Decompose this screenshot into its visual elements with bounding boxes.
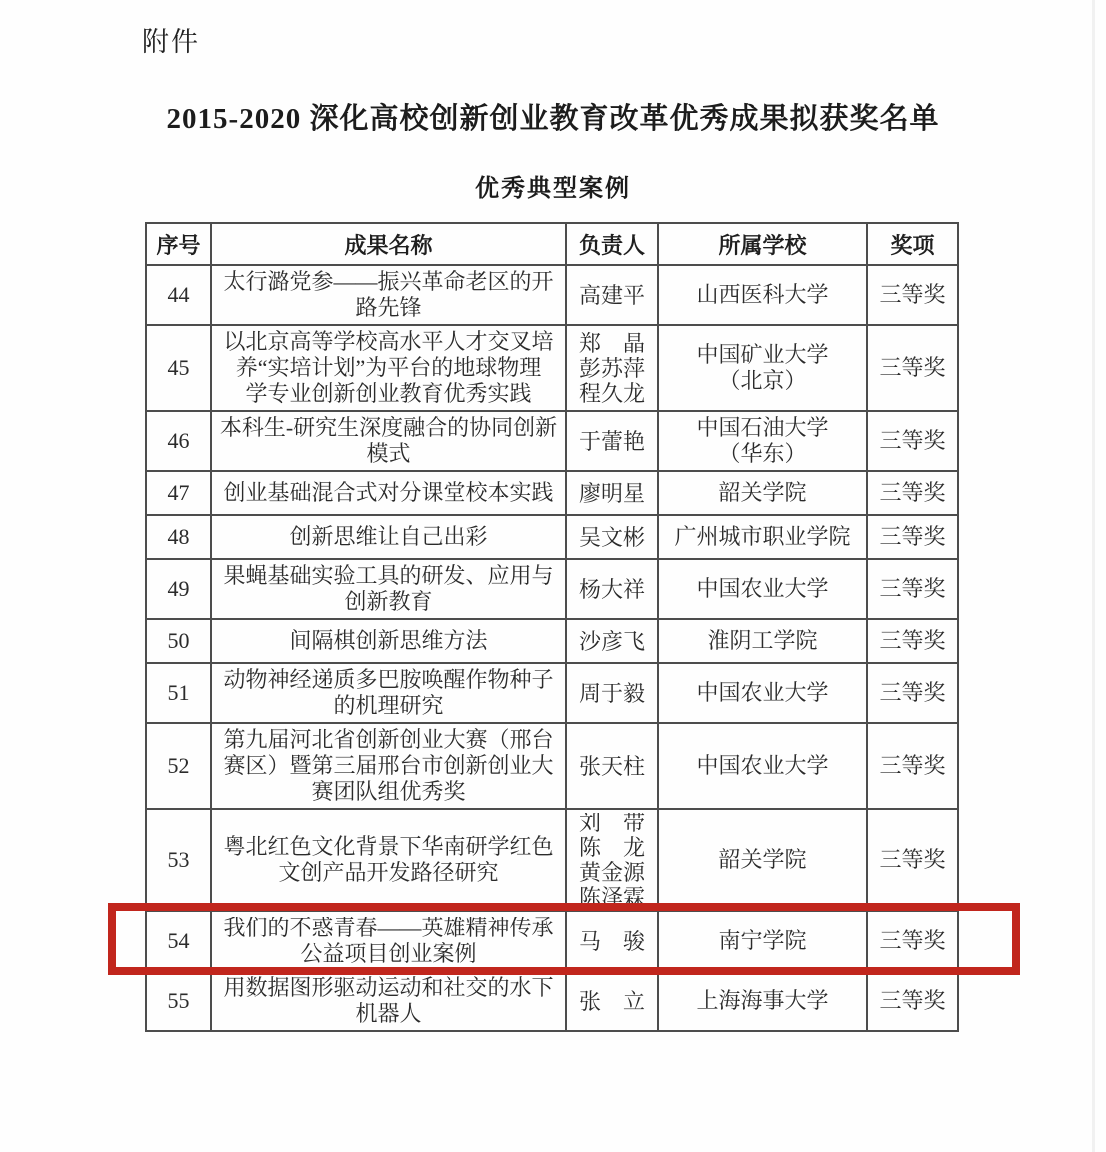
row-number: 53 [146, 809, 211, 911]
person-in-charge: 杨大祥 [566, 559, 658, 619]
award-table: 序号 成果名称 负责人 所属学校 奖项 44太行潞党参——振兴革命老区的开 路先… [145, 222, 959, 1032]
school-name: 南宁学院 [658, 911, 867, 971]
table-row: 53粤北红色文化背景下华南研学红色 文创产品开发路径研究刘 带 陈 龙 黄金源 … [146, 809, 958, 911]
award-level: 三等奖 [867, 325, 958, 411]
header-col-school: 所属学校 [658, 223, 867, 265]
row-number: 52 [146, 723, 211, 809]
table-row: 50间隔棋创新思维方法沙彦飞淮阴工学院三等奖 [146, 619, 958, 663]
header-col-person: 负责人 [566, 223, 658, 265]
school-name: 山西医科大学 [658, 265, 867, 325]
achievement-name: 用数据图形驱动运动和社交的水下 机器人 [211, 971, 566, 1031]
award-level: 三等奖 [867, 515, 958, 559]
person-in-charge: 周于毅 [566, 663, 658, 723]
table-row: 47创业基础混合式对分课堂校本实践廖明星韶关学院三等奖 [146, 471, 958, 515]
award-level: 三等奖 [867, 471, 958, 515]
award-level: 三等奖 [867, 619, 958, 663]
school-name: 中国矿业大学 （北京） [658, 325, 867, 411]
header-col-number: 序号 [146, 223, 211, 265]
table-row: 48创新思维让自己出彩吴文彬广州城市职业学院三等奖 [146, 515, 958, 559]
table-row: 49果蝇基础实验工具的研发、应用与 创新教育杨大祥中国农业大学三等奖 [146, 559, 958, 619]
school-name: 淮阴工学院 [658, 619, 867, 663]
header-col-name: 成果名称 [211, 223, 566, 265]
row-number: 44 [146, 265, 211, 325]
row-number: 51 [146, 663, 211, 723]
school-name: 中国农业大学 [658, 559, 867, 619]
award-level: 三等奖 [867, 265, 958, 325]
header-row: 序号 成果名称 负责人 所属学校 奖项 [146, 223, 958, 265]
award-level: 三等奖 [867, 809, 958, 911]
school-name: 中国农业大学 [658, 723, 867, 809]
row-number: 50 [146, 619, 211, 663]
header-col-award: 奖项 [867, 223, 958, 265]
row-number: 49 [146, 559, 211, 619]
table-row: 46本科生-研究生深度融合的协同创新 模式于蕾艳中国石油大学 （华东）三等奖 [146, 411, 958, 471]
award-level: 三等奖 [867, 723, 958, 809]
person-in-charge: 刘 带 陈 龙 黄金源 陈泽霖 [566, 809, 658, 911]
school-name: 上海海事大学 [658, 971, 867, 1031]
table-row: 51动物神经递质多巴胺唤醒作物种子 的机理研究周于毅中国农业大学三等奖 [146, 663, 958, 723]
award-level: 三等奖 [867, 559, 958, 619]
award-level: 三等奖 [867, 971, 958, 1031]
achievement-name: 本科生-研究生深度融合的协同创新 模式 [211, 411, 566, 471]
achievement-name: 以北京高等学校高水平人才交叉培 养“实培计划”为平台的地球物理 学专业创新创业教… [211, 325, 566, 411]
row-number: 45 [146, 325, 211, 411]
row-number: 55 [146, 971, 211, 1031]
table-body: 44太行潞党参——振兴革命老区的开 路先锋高建平山西医科大学三等奖45以北京高等… [146, 265, 958, 1031]
school-name: 韶关学院 [658, 471, 867, 515]
school-name: 中国石油大学 （华东） [658, 411, 867, 471]
person-in-charge: 马 骏 [566, 911, 658, 971]
person-in-charge: 张天柱 [566, 723, 658, 809]
achievement-name: 果蝇基础实验工具的研发、应用与 创新教育 [211, 559, 566, 619]
achievement-name: 太行潞党参——振兴革命老区的开 路先锋 [211, 265, 566, 325]
person-in-charge: 郑 晶 彭苏萍 程久龙 [566, 325, 658, 411]
achievement-name: 粤北红色文化背景下华南研学红色 文创产品开发路径研究 [211, 809, 566, 911]
achievement-name: 第九届河北省创新创业大赛（邢台 赛区）暨第三届邢台市创新创业大 赛团队组优秀奖 [211, 723, 566, 809]
document-title: 2015-2020 深化高校创新创业教育改革优秀成果拟获奖名单 [0, 96, 1106, 137]
table-row: 44太行潞党参——振兴革命老区的开 路先锋高建平山西医科大学三等奖 [146, 265, 958, 325]
person-in-charge: 于蕾艳 [566, 411, 658, 471]
row-number: 54 [146, 911, 211, 971]
table-row: 45以北京高等学校高水平人才交叉培 养“实培计划”为平台的地球物理 学专业创新创… [146, 325, 958, 411]
award-level: 三等奖 [867, 911, 958, 971]
achievement-name: 创业基础混合式对分课堂校本实践 [211, 471, 566, 515]
school-name: 韶关学院 [658, 809, 867, 911]
person-in-charge: 吴文彬 [566, 515, 658, 559]
achievement-name: 我们的不惑青春——英雄精神传承 公益项目创业案例 [211, 911, 566, 971]
scan-edge-line [1092, 0, 1095, 1152]
award-level: 三等奖 [867, 411, 958, 471]
person-in-charge: 高建平 [566, 265, 658, 325]
row-number: 47 [146, 471, 211, 515]
row-number: 48 [146, 515, 211, 559]
school-name: 广州城市职业学院 [658, 515, 867, 559]
document-page: 附件 2015-2020 深化高校创新创业教育改革优秀成果拟获奖名单 优秀典型案… [0, 0, 1106, 1152]
table-row: 52第九届河北省创新创业大赛（邢台 赛区）暨第三届邢台市创新创业大 赛团队组优秀… [146, 723, 958, 809]
table-row: 55用数据图形驱动运动和社交的水下 机器人张 立上海海事大学三等奖 [146, 971, 958, 1031]
row-number: 46 [146, 411, 211, 471]
person-in-charge: 廖明星 [566, 471, 658, 515]
achievement-name: 动物神经递质多巴胺唤醒作物种子 的机理研究 [211, 663, 566, 723]
award-level: 三等奖 [867, 663, 958, 723]
table-row-highlighted: 54我们的不惑青春——英雄精神传承 公益项目创业案例马 骏南宁学院三等奖 [146, 911, 958, 971]
document-subtitle: 优秀典型案例 [0, 168, 1106, 203]
achievement-name: 间隔棋创新思维方法 [211, 619, 566, 663]
achievement-name: 创新思维让自己出彩 [211, 515, 566, 559]
person-in-charge: 张 立 [566, 971, 658, 1031]
person-in-charge: 沙彦飞 [566, 619, 658, 663]
attachment-label: 附件 [142, 20, 200, 59]
table-header: 序号 成果名称 负责人 所属学校 奖项 [146, 223, 958, 265]
school-name: 中国农业大学 [658, 663, 867, 723]
